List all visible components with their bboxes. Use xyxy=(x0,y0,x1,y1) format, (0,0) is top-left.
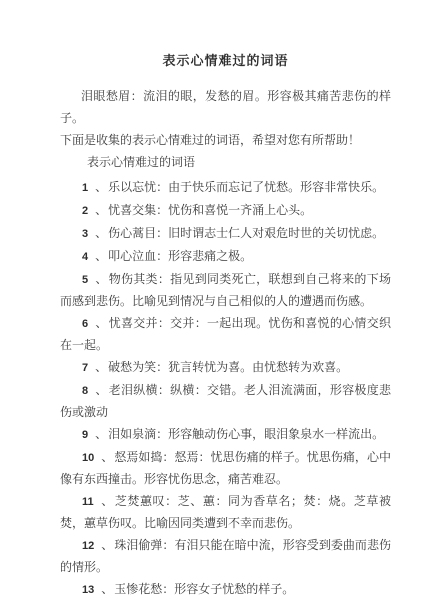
list-item-number: 3 xyxy=(82,228,88,240)
list-item: 5、物伤其类：指见到同类死亡，联想到自己将来的下场而感到悲伤。比喻见到情况与自己… xyxy=(60,269,391,312)
list-item: 8、老泪纵横：纵横：交错。老人泪流满面，形容极度悲伤或激动 xyxy=(60,380,391,423)
list-item: 2、忧喜交集：忧伤和喜悦一齐涌上心头。 xyxy=(60,200,391,222)
list-item-separator: 、 xyxy=(101,582,113,596)
document-title: 表示心情难过的词语 xyxy=(60,50,391,69)
list-item-number: 13 xyxy=(82,584,94,596)
list-item: 1、乐以忘忧：由于快乐而忘记了忧愁。形容非常快乐。 xyxy=(60,177,391,199)
word-list: 1、乐以忘忧：由于快乐而忘记了忧愁。形容非常快乐。2、忧喜交集：忧伤和喜悦一齐涌… xyxy=(60,177,391,600)
list-item-text: 叩心泣血：形容悲痛之极。 xyxy=(108,249,252,263)
intro-definition: 泪眼愁眉：流泪的眼，发愁的眉。形容极其痛苦悲伤的样子。 xyxy=(60,85,391,129)
list-item-separator: 、 xyxy=(101,494,114,508)
list-item: 13、玉惨花愁：形容女子忧愁的样子。 xyxy=(60,579,391,600)
list-item-number: 5 xyxy=(82,274,88,286)
list-item-number: 12 xyxy=(82,540,94,552)
list-item-number: 1 xyxy=(82,182,88,194)
list-item-number: 8 xyxy=(82,385,88,397)
list-item: 11、芝焚蕙叹：芝、蕙：同为香草名；焚：烧。芝草被焚，蕙草伤叹。比喻因同类遭到不… xyxy=(60,491,391,534)
list-item-number: 7 xyxy=(82,362,88,374)
list-item-separator: 、 xyxy=(101,450,113,464)
list-item-separator: 、 xyxy=(95,249,107,263)
list-item-separator: 、 xyxy=(95,316,108,330)
list-item-text: 泪如泉滴：形容触动伤心事，眼泪象泉水一样流出。 xyxy=(108,427,384,441)
list-item-text: 忧喜交集：忧伤和喜悦一齐涌上心头。 xyxy=(108,203,312,217)
list-item-separator: 、 xyxy=(95,180,107,194)
list-item-text: 伤心蒿目：旧时谓志士仁人对艰危时世的关切忧虑。 xyxy=(108,226,384,240)
list-item-text: 忧喜交并：交并：一起出现。忧伤和喜悦的心情交织在一起。 xyxy=(60,316,391,352)
list-item-separator: 、 xyxy=(95,383,108,397)
list-item-separator: 、 xyxy=(95,272,108,286)
list-item-separator: 、 xyxy=(101,538,113,552)
list-item-text: 老泪纵横：纵横：交错。老人泪流满面，形容极度悲伤或激动 xyxy=(60,383,391,419)
list-item-separator: 、 xyxy=(95,427,107,441)
list-item-text: 物伤其类：指见到同类死亡，联想到自己将来的下场而感到悲伤。比喻见到情况与自己相似… xyxy=(60,272,391,308)
document-page: 表示心情难过的词语 泪眼愁眉：流泪的眼，发愁的眉。形容极其痛苦悲伤的样子。 下面… xyxy=(0,0,423,600)
list-item: 4、叩心泣血：形容悲痛之极。 xyxy=(60,246,391,268)
list-item: 7、破愁为笑：犹言转忧为喜。由忧愁转为欢喜。 xyxy=(60,357,391,379)
list-item-number: 10 xyxy=(82,452,94,464)
intro-note: 下面是收集的表示心情难过的词语，希望对您有所帮助！ xyxy=(60,129,391,151)
list-item-number: 4 xyxy=(82,251,88,263)
list-item-number: 11 xyxy=(82,496,94,508)
list-item-separator: 、 xyxy=(95,226,107,240)
list-item: 9、泪如泉滴：形容触动伤心事，眼泪象泉水一样流出。 xyxy=(60,424,391,446)
list-item-text: 玉惨花愁：形容女子忧愁的样子。 xyxy=(114,582,294,596)
list-item-separator: 、 xyxy=(95,203,107,217)
list-item: 10、惄焉如捣：惄焉：忧思伤痛的样子。忧思伤痛，心中像有东西撞击。形容忧伤思念，… xyxy=(60,447,391,490)
list-item-text: 乐以忘忧：由于快乐而忘记了忧愁。形容非常快乐。 xyxy=(108,180,384,194)
list-item-separator: 、 xyxy=(95,360,107,374)
list-item-number: 6 xyxy=(82,318,88,330)
list-item: 12、珠泪偷弹：有泪只能在暗中流，形容受到委曲而悲伤的情形。 xyxy=(60,535,391,578)
list-item: 6、忧喜交并：交并：一起出现。忧伤和喜悦的心情交织在一起。 xyxy=(60,313,391,356)
list-item-number: 2 xyxy=(82,205,88,217)
list-item-text: 破愁为笑：犹言转忧为喜。由忧愁转为欢喜。 xyxy=(108,360,348,374)
list-item: 3、伤心蒿目：旧时谓志士仁人对艰危时世的关切忧虑。 xyxy=(60,223,391,245)
list-item-number: 9 xyxy=(82,429,88,441)
section-subtitle: 表示心情难过的词语 xyxy=(60,151,391,173)
